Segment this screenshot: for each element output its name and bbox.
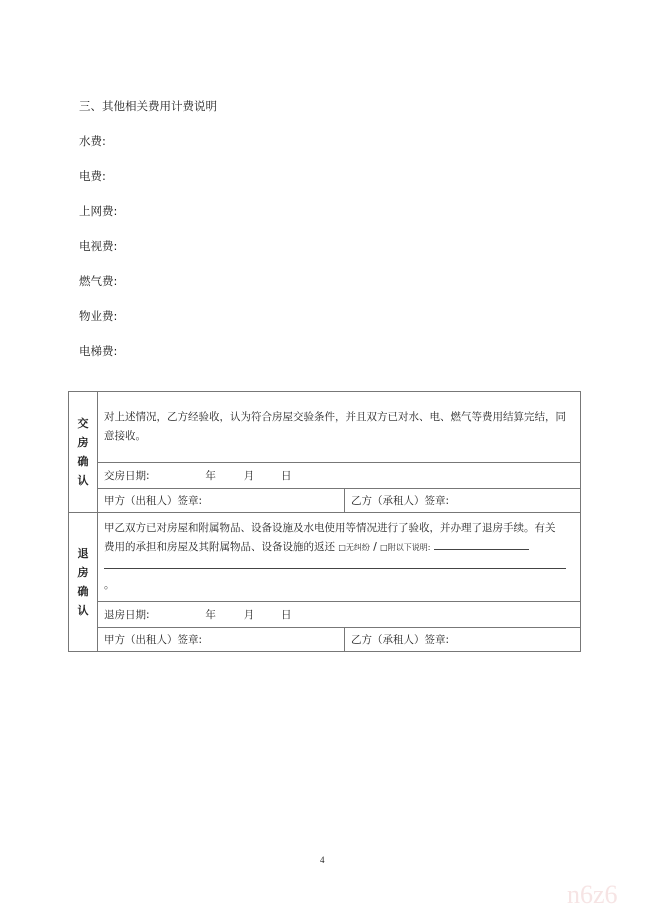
return-tenant-signature[interactable]: 乙方（承租人）签章: (345, 628, 581, 652)
fee-internet: 上网费: (79, 203, 117, 219)
page-number: 4 (320, 855, 325, 865)
fee-gas: 燃气费: (79, 273, 117, 289)
return-month: 月 (244, 607, 278, 622)
fee-electricity: 电费: (79, 168, 106, 184)
handover-year: 年 (205, 468, 240, 483)
handover-month: 月 (244, 468, 278, 483)
checkbox-attach-note[interactable]: □附以下说明: (380, 543, 430, 552)
handover-day: 日 (281, 468, 292, 483)
fee-property: 物业费: (79, 308, 117, 324)
note-blank-line-1[interactable] (434, 538, 529, 550)
handover-tenant-signature[interactable]: 乙方（承租人）签章: (345, 489, 581, 513)
handover-statement: 对上述情况，乙方经验收，认为符合房屋交验条件，并且双方已对水、电、燃气等费用结算… (98, 392, 581, 463)
section-heading: 三、其他相关费用计费说明 (79, 98, 217, 114)
handover-date-label: 交房日期: (104, 468, 202, 483)
fee-tv: 电视费: (79, 238, 117, 254)
return-statement: 甲乙双方已对房屋和附属物品、设备设施及水电使用等情况进行了验收，并办理了退房手续… (98, 513, 581, 602)
handover-landlord-signature[interactable]: 甲方（出租人）签章: (98, 489, 345, 513)
document-page: 三、其他相关费用计费说明 水费: 电费: 上网费: 电视费: 燃气费: 物业费:… (0, 0, 650, 919)
return-text-line2: 费用的承担和房屋及其附属物品、设备设施的返还 □无纠纷 / □附以下说明: (104, 538, 574, 557)
fee-elevator: 电梯费: (79, 343, 117, 359)
note-blank-line-2[interactable] (104, 557, 566, 569)
return-date-row: 退房日期: 年 月 日 (98, 602, 581, 628)
fee-water: 水费: (79, 133, 106, 149)
confirmation-table: 交 房 确 认 对上述情况，乙方经验收，认为符合房屋交验条件，并且双方已对水、电… (68, 391, 581, 652)
handover-side-label: 交 房 确 认 (69, 392, 98, 513)
watermark: n6z6 (567, 880, 618, 910)
handover-date-row: 交房日期: 年 月 日 (98, 463, 581, 489)
return-text-line1: 甲乙双方已对房屋和附属物品、设备设施及水电使用等情况进行了验收，并办理了退房手续… (104, 519, 574, 538)
return-year: 年 (205, 607, 240, 622)
return-text-line3: 。 (104, 557, 574, 595)
return-date-label: 退房日期: (104, 607, 202, 622)
return-day: 日 (281, 607, 292, 622)
return-side-label: 退 房 确 认 (69, 513, 98, 652)
checkbox-no-dispute[interactable]: □无纠纷 (338, 543, 370, 552)
return-landlord-signature[interactable]: 甲方（出租人）签章: (98, 628, 345, 652)
